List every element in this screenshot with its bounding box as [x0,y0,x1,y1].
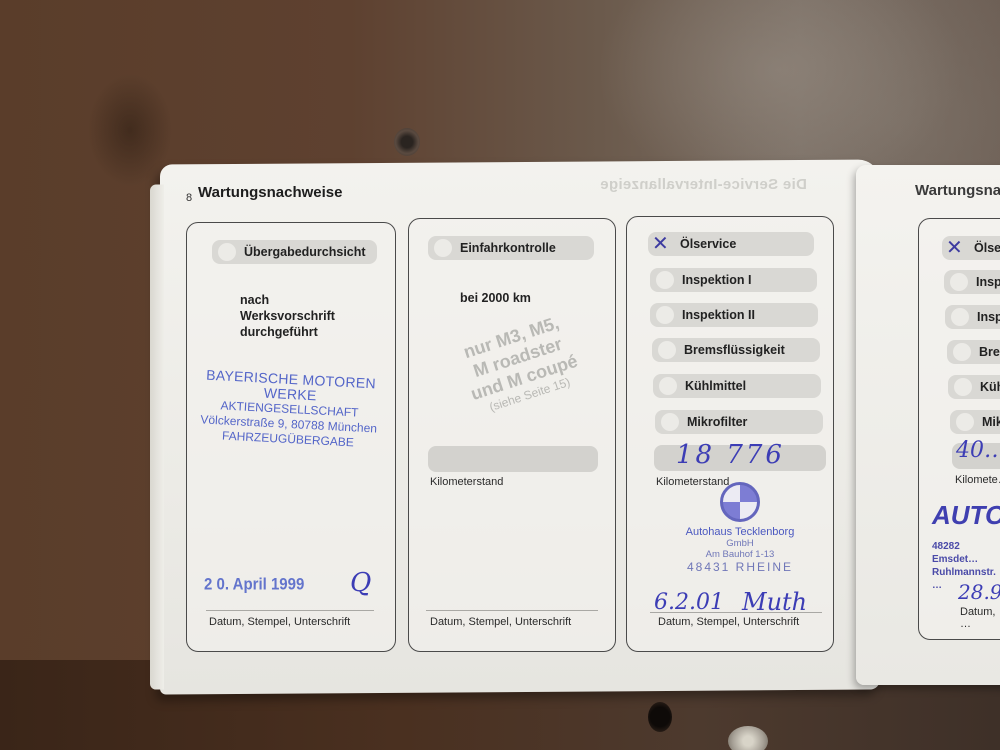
checkbox-label: Mik… [982,415,1000,429]
mileage-label: Kilometerstand [430,476,503,488]
radio-icon [656,271,674,289]
radio-icon [658,341,676,359]
mileage-label: Kilomete… [955,474,1000,486]
footer-label: Datum, Stempel, Unterschrift [658,616,799,628]
signature-line [206,610,374,611]
checkbox-label: Inspe… [977,310,1000,324]
radio-icon [434,239,452,257]
checkbox-label: Übergabedurchsicht [244,245,366,259]
bmw-logo-icon [720,482,760,522]
radio-icon [956,413,974,431]
checkbox-brake-fluid[interactable]: Brem… [947,340,1000,364]
checkbox-microfilter[interactable]: Mikrofilter [655,410,823,434]
page-number: 8 [186,192,192,204]
footer-label: Datum, Stempel, Unterschrift [209,616,350,628]
card-break-in-check [408,218,616,652]
dealer-stamp: Autohaus Tecklenborg GmbH Am Bauhof 1-13… [650,482,830,574]
checkbox-label: Ölservice [680,237,736,251]
checkbox-handover[interactable]: Übergabedurchsicht [212,240,377,264]
card-body-text: bei 2000 km [460,290,531,306]
checkbox-label: Inspektion I [682,273,751,287]
radio-icon [953,343,971,361]
radio-icon [661,413,679,431]
footer-label: Datum, Stempel, Unterschrift [430,616,571,628]
floor-hole [648,702,672,732]
checkbox-label: Küh… [980,380,1000,394]
bmw-delivery-stamp: BAYERISCHE MOTOREN WERKE AKTIENGESELLSCH… [180,366,399,452]
checkbox-label: Ölser… [974,241,1000,255]
radio-icon [659,377,677,395]
checkbox-coolant[interactable]: Kühlmittel [653,374,821,398]
check-mark-icon: ✕ [654,235,672,253]
show-through-text: Die Service-Intervallanzeige [600,176,807,193]
dealer-stamp: AUTO… [932,500,1000,531]
checkbox-label: Inspektion II [682,308,755,322]
radio-icon [950,273,968,291]
signature-line [426,610,598,611]
checkbox-label: Kühlmittel [685,379,746,393]
footer-label: Datum, … [960,606,1000,630]
signature: Q [350,568,371,598]
radio-icon [218,243,236,261]
mileage-value: 40… [956,438,1000,463]
checkbox-inspection-1[interactable]: Inspe… [944,270,1000,294]
mileage-value: 18 776 [676,440,785,470]
checkbox-break-in[interactable]: Einfahrkontrolle [428,236,594,260]
card-body-text: nach Werksvorschrift durchgeführt [240,292,335,340]
signature-line [650,612,822,613]
check-mark-icon: ✕ [948,239,966,257]
checkbox-label: Inspe… [976,275,1000,289]
checkbox-oil-service[interactable]: ✕ Ölser… [942,236,1000,260]
radio-icon [951,308,969,326]
floor-bolt [728,726,768,750]
checkbox-brake-fluid[interactable]: Bremsflüssigkeit [652,338,820,362]
checkbox-inspection-2[interactable]: Inspektion II [650,303,818,327]
right-page-title: Wartungsnachweise [915,182,1000,199]
checkbox-label: Mikrofilter [687,415,747,429]
checkbox-label: Einfahrkontrolle [460,241,556,255]
radio-icon [954,378,972,396]
checkbox-label: Brem… [979,345,1000,359]
checkbox-microfilter[interactable]: Mik… [950,410,1000,434]
handwritten-date: 28.9… [958,580,1000,604]
date-stamp: 2 0. April 1999 [204,575,304,594]
page-title: Wartungsnachweise [198,184,342,201]
radio-icon [656,306,674,324]
checkbox-coolant[interactable]: Küh… [948,375,1000,399]
checkbox-label: Bremsflüssigkeit [684,343,785,357]
checkbox-inspection-2[interactable]: Inspe… [945,305,1000,329]
checkbox-oil-service[interactable]: ✕ Ölservice [648,232,814,256]
floor-screw [394,128,420,156]
checkbox-inspection-1[interactable]: Inspektion I [650,268,817,292]
mileage-field[interactable] [428,446,598,472]
